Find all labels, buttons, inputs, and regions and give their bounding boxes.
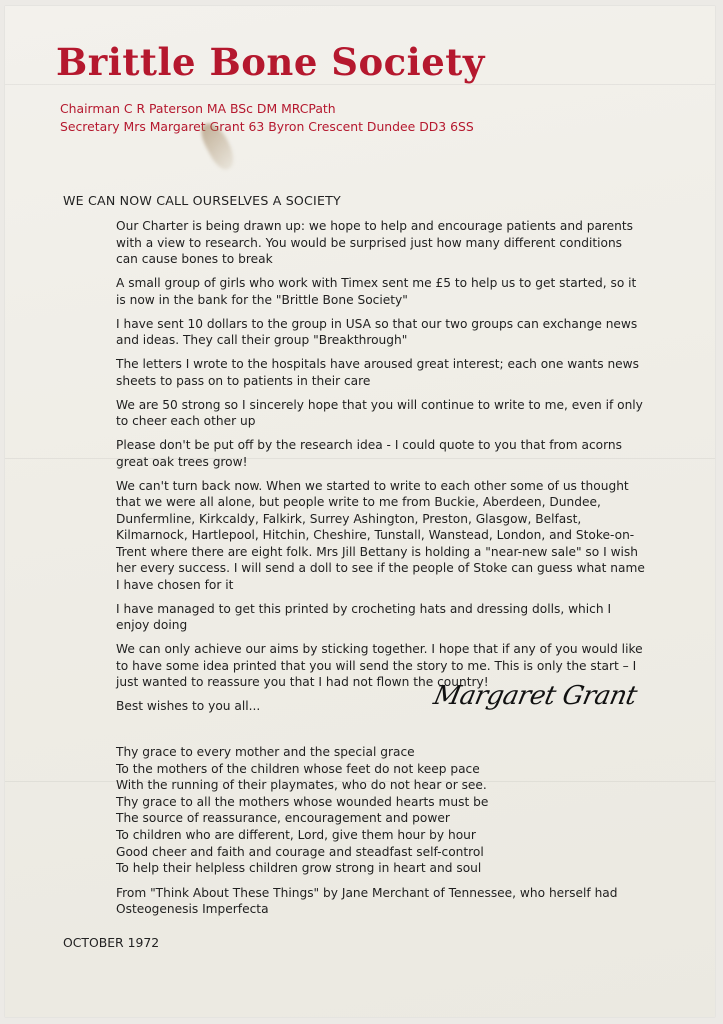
chairman-line: Chairman C R Paterson MA BSc DM MRCPath bbox=[60, 100, 474, 118]
officers-block: Chairman C R Paterson MA BSc DM MRCPath … bbox=[60, 100, 474, 136]
poem: Thy grace to every mother and the specia… bbox=[116, 744, 646, 877]
paragraph: I have managed to get this printed by cr… bbox=[116, 601, 646, 634]
poem-line: The source of reassurance, encouragement… bbox=[116, 810, 646, 827]
paragraph: The letters I wrote to the hospitals hav… bbox=[116, 356, 646, 389]
poem-line: Thy grace to every mother and the specia… bbox=[116, 744, 646, 761]
secretary-line: Secretary Mrs Margaret Grant 63 Byron Cr… bbox=[60, 118, 474, 136]
paragraph: Our Charter is being drawn up: we hope t… bbox=[116, 218, 646, 268]
poem-line: Thy grace to all the mothers whose wound… bbox=[116, 794, 646, 811]
poem-line: Good cheer and faith and courage and ste… bbox=[116, 844, 646, 861]
paragraph: A small group of girls who work with Tim… bbox=[116, 275, 646, 308]
handwritten-signature: Margaret Grant bbox=[432, 688, 638, 705]
society-masthead: Brittle Bone Society bbox=[56, 44, 485, 81]
paragraph: We are 50 strong so I sincerely hope tha… bbox=[116, 397, 646, 430]
paragraph: I have sent 10 dollars to the group in U… bbox=[116, 316, 646, 349]
signoff-row: Best wishes to you all... Margaret Grant bbox=[116, 698, 646, 730]
poem-line: To the mothers of the children whose fee… bbox=[116, 761, 646, 778]
letter-body: Our Charter is being drawn up: we hope t… bbox=[116, 218, 646, 925]
poem-attribution: From "Think About These Things" by Jane … bbox=[116, 885, 646, 918]
letter-date: OCTOBER 1972 bbox=[63, 935, 159, 950]
poem-line: With the running of their playmates, who… bbox=[116, 777, 646, 794]
poem-line: To children who are different, Lord, giv… bbox=[116, 827, 646, 844]
paper-crease bbox=[5, 84, 715, 85]
closing-line: Best wishes to you all... bbox=[116, 699, 260, 713]
paragraph: Please don't be put off by the research … bbox=[116, 437, 646, 470]
paragraph: We can't turn back now. When we started … bbox=[116, 478, 646, 594]
letter-heading: WE CAN NOW CALL OURSELVES A SOCIETY bbox=[63, 193, 341, 208]
poem-line: To help their helpless children grow str… bbox=[116, 860, 646, 877]
